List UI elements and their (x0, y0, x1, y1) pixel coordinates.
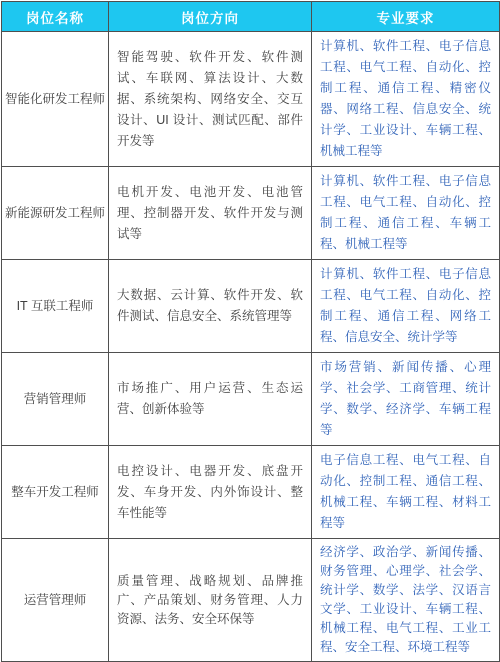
position-name-cell: 新能源研发工程师 (2, 167, 109, 260)
position-name-cell: 整车开发工程师 (2, 446, 109, 539)
header-row: 岗位名称 岗位方向 专业要求 (2, 2, 500, 32)
table-row: 运营管理师质量管理、战略规划、品牌推广、产品策划、财务管理、人力资源、法务、安全… (2, 539, 500, 662)
position-direction-cell: 大数据、云计算、软件开发、软件测试、信息安全、系统管理等 (109, 260, 312, 353)
table-header: 岗位名称 岗位方向 专业要求 (2, 2, 500, 32)
header-cell-major-requirements: 专业要求 (312, 2, 500, 32)
position-direction-cell: 电控设计、电器开发、底盘开发、车身开发、内外饰设计、整车性能等 (109, 446, 312, 539)
table-row: 整车开发工程师电控设计、电器开发、底盘开发、车身开发、内外饰设计、整车性能等电子… (2, 446, 500, 539)
major-requirements-cell: 经济学、政治学、新闻传播、财务管理、心理学、社会学、统计学、数学、法学、汉语言文… (312, 539, 500, 662)
major-requirements-cell: 市场营销、新闻传播、心理学、社会学、工商管理、统计学、数学、经济学、车辆工程等 (312, 353, 500, 446)
major-requirements-cell: 计算机、软件工程、电子信息工程、电气工程、自动化、控制工程、通信工程、车辆工程、… (312, 167, 500, 260)
position-name-cell: 智能化研发工程师 (2, 32, 109, 167)
position-direction-cell: 质量管理、战略规划、品牌推广、产品策划、财务管理、人力资源、法务、安全环保等 (109, 539, 312, 662)
table-row: 营销管理师市场推广、用户运营、生态运营、创新体验等市场营销、新闻传播、心理学、社… (2, 353, 500, 446)
position-name-cell: IT 互联工程师 (2, 260, 109, 353)
major-requirements-cell: 计算机、软件工程、电子信息工程、电气工程、自动化、控制工程、通信工程、网络工程、… (312, 260, 500, 353)
position-direction-cell: 电机开发、电池开发、电池管理、控制器开发、软件开发与测试等 (109, 167, 312, 260)
job-table-body: 智能化研发工程师智能驾驶、软件开发、软件测试、车联网、算法设计、大数据、系统架构… (2, 32, 500, 662)
table-row: 新能源研发工程师电机开发、电池开发、电池管理、控制器开发、软件开发与测试等计算机… (2, 167, 500, 260)
position-name-cell: 营销管理师 (2, 353, 109, 446)
table-row: 智能化研发工程师智能驾驶、软件开发、软件测试、车联网、算法设计、大数据、系统架构… (2, 32, 500, 167)
table-row: IT 互联工程师大数据、云计算、软件开发、软件测试、信息安全、系统管理等计算机、… (2, 260, 500, 353)
position-direction-cell: 市场推广、用户运营、生态运营、创新体验等 (109, 353, 312, 446)
header-cell-position-direction: 岗位方向 (109, 2, 312, 32)
position-direction-cell: 智能驾驶、软件开发、软件测试、车联网、算法设计、大数据、系统架构、网络安全、交互… (109, 32, 312, 167)
job-positions-table: 岗位名称 岗位方向 专业要求 智能化研发工程师智能驾驶、软件开发、软件测试、车联… (1, 1, 500, 662)
major-requirements-cell: 计算机、软件工程、电子信息工程、电气工程、自动化、控制工程、通信工程、精密仪器、… (312, 32, 500, 167)
position-name-cell: 运营管理师 (2, 539, 109, 662)
major-requirements-cell: 电子信息工程、电气工程、自动化、控制工程、通信工程、机械工程、车辆工程、材料工程… (312, 446, 500, 539)
header-cell-position-name: 岗位名称 (2, 2, 109, 32)
